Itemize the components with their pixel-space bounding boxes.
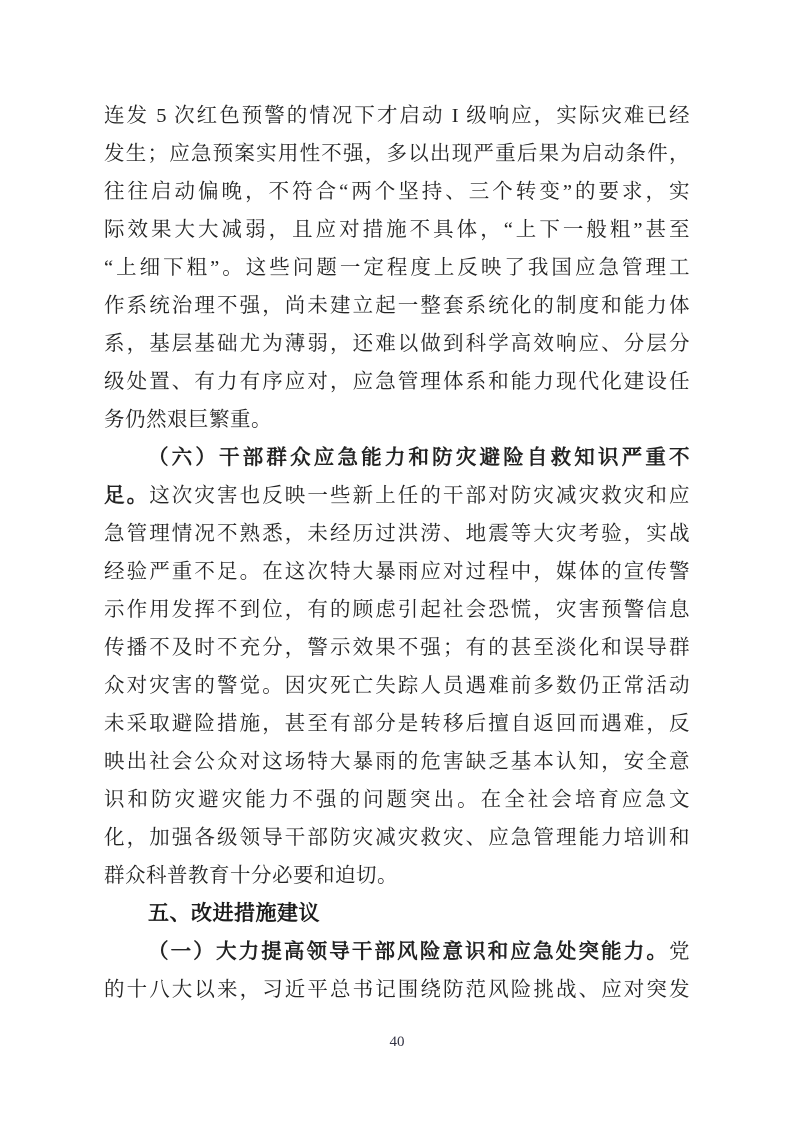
body-text: 众对灾害的警觉。因灾死亡失踪人员遇难前多数仍正常活动 (104, 675, 690, 697)
text-line-12: 急管理情况不熟悉，未经历过洪涝、地震等大灾考验，实战 (104, 515, 690, 553)
body-text: 这次灾害也反映一些新上任的干部对防灾减灾救灾和应 (149, 485, 690, 507)
body-text: 往往启动偏晚，不符合“两个坚持、三个转变”的要求，实 (104, 181, 690, 203)
body-text: 未采取避险措施，甚至有部分是转移后擅自返回而遇难，反 (104, 713, 690, 735)
text-line-9: 务仍然艰巨繁重。 (104, 401, 690, 439)
text-line-10: （六）干部群众应急能力和防灾避险自救知识严重不 (104, 439, 690, 477)
body-text: 传播不及时不充分，警示效果不强；有的甚至淡化和误导群 (104, 637, 690, 659)
page-number: 40 (0, 1034, 794, 1051)
text-line-3: 往往启动偏晚，不符合“两个坚持、三个转变”的要求，实 (104, 173, 690, 211)
text-line-8: 级处置、有力有序应对，应急管理体系和能力现代化建设任 (104, 363, 690, 401)
body-text: 系，基层基础尤为薄弱，还难以做到科学高效响应、分层分 (104, 333, 690, 355)
text-line-18: 映出社会公众对这场特大暴雨的危害缺乏基本认知，安全意 (104, 743, 690, 781)
text-line-13: 经验严重不足。在这次特大暴雨应对过程中，媒体的宣传警 (104, 553, 690, 591)
paragraph-lead: （一）大力提高领导干部风险意识和应急处突能力。 (148, 941, 669, 963)
text-line-5: “上细下粗”。这些问题一定程度上反映了我国应急管理工 (104, 249, 690, 287)
text-line-17: 未采取避险措施，甚至有部分是转移后擅自返回而遇难，反 (104, 705, 690, 743)
body-text: 示作用发挥不到位，有的顾虑引起社会恐慌，灾害预警信息 (104, 599, 690, 621)
document-page: 连发 5 次红色预警的情况下才启动 I 级响应，实际灾难已经发生；应急预案实用性… (0, 0, 794, 1123)
heading-text: 五、改进措施建议 (148, 902, 320, 925)
text-line-7: 系，基层基础尤为薄弱，还难以做到科学高效响应、分层分 (104, 325, 690, 363)
body-text: 化，加强各级领导干部防灾减灾救灾、应急管理能力培训和 (104, 827, 690, 849)
text-line-4: 际效果大大减弱，且应对措施不具体，“上下一般粗”甚至 (104, 211, 690, 249)
text-line-19: 识和防灾避灾能力不强的问题突出。在全社会培育应急文 (104, 781, 690, 819)
text-line-2: 发生；应急预案实用性不强，多以出现严重后果为启动条件， (104, 135, 690, 173)
body-text: 际效果大大减弱，且应对措施不具体，“上下一般粗”甚至 (104, 219, 690, 241)
text-line-11: 足。这次灾害也反映一些新上任的干部对防灾减灾救灾和应 (104, 477, 690, 515)
section-heading: 五、改进措施建议 (104, 895, 690, 933)
text-line-24: 的十八大以来，习近平总书记围绕防范风险挑战、应对突发 (104, 971, 690, 1009)
body-text: 识和防灾避灾能力不强的问题突出。在全社会培育应急文 (104, 789, 690, 811)
text-line-1: 连发 5 次红色预警的情况下才启动 I 级响应，实际灾难已经 (104, 97, 690, 135)
body-text: 经验严重不足。在这次特大暴雨应对过程中，媒体的宣传警 (104, 561, 690, 583)
body-text: 发生；应急预案实用性不强，多以出现严重后果为启动条件， (104, 143, 690, 165)
body-text: 连发 5 次红色预警的情况下才启动 I 级响应，实际灾难已经 (104, 105, 690, 127)
body-text: 党 (669, 941, 690, 963)
text-line-14: 示作用发挥不到位，有的顾虑引起社会恐慌，灾害预警信息 (104, 591, 690, 629)
text-line-20: 化，加强各级领导干部防灾减灾救灾、应急管理能力培训和 (104, 819, 690, 857)
body-text: “上细下粗”。这些问题一定程度上反映了我国应急管理工 (104, 257, 690, 279)
body-text: 急管理情况不熟悉，未经历过洪涝、地震等大灾考验，实战 (104, 523, 690, 545)
text-line-16: 众对灾害的警觉。因灾死亡失踪人员遇难前多数仍正常活动 (104, 667, 690, 705)
document-body: 连发 5 次红色预警的情况下才启动 I 级响应，实际灾难已经发生；应急预案实用性… (104, 97, 690, 1009)
body-text: 务仍然艰巨繁重。 (104, 409, 272, 431)
paragraph-lead: （六）干部群众应急能力和防灾避险自救知识严重不 (148, 447, 690, 469)
text-line-6: 作系统治理不强，尚未建立起一整套系统化的制度和能力体 (104, 287, 690, 325)
body-text: 作系统治理不强，尚未建立起一整套系统化的制度和能力体 (104, 295, 690, 317)
text-line-21: 群众科普教育十分必要和迫切。 (104, 857, 690, 895)
body-text: 的十八大以来，习近平总书记围绕防范风险挑战、应对突发 (104, 979, 690, 1001)
body-text: 级处置、有力有序应对，应急管理体系和能力现代化建设任 (104, 371, 690, 393)
body-text: 映出社会公众对这场特大暴雨的危害缺乏基本认知，安全意 (104, 751, 690, 773)
text-line-23: （一）大力提高领导干部风险意识和应急处突能力。党 (104, 933, 690, 971)
paragraph-lead: 足。 (104, 485, 149, 507)
text-line-15: 传播不及时不充分，警示效果不强；有的甚至淡化和误导群 (104, 629, 690, 667)
body-text: 群众科普教育十分必要和迫切。 (104, 865, 398, 887)
